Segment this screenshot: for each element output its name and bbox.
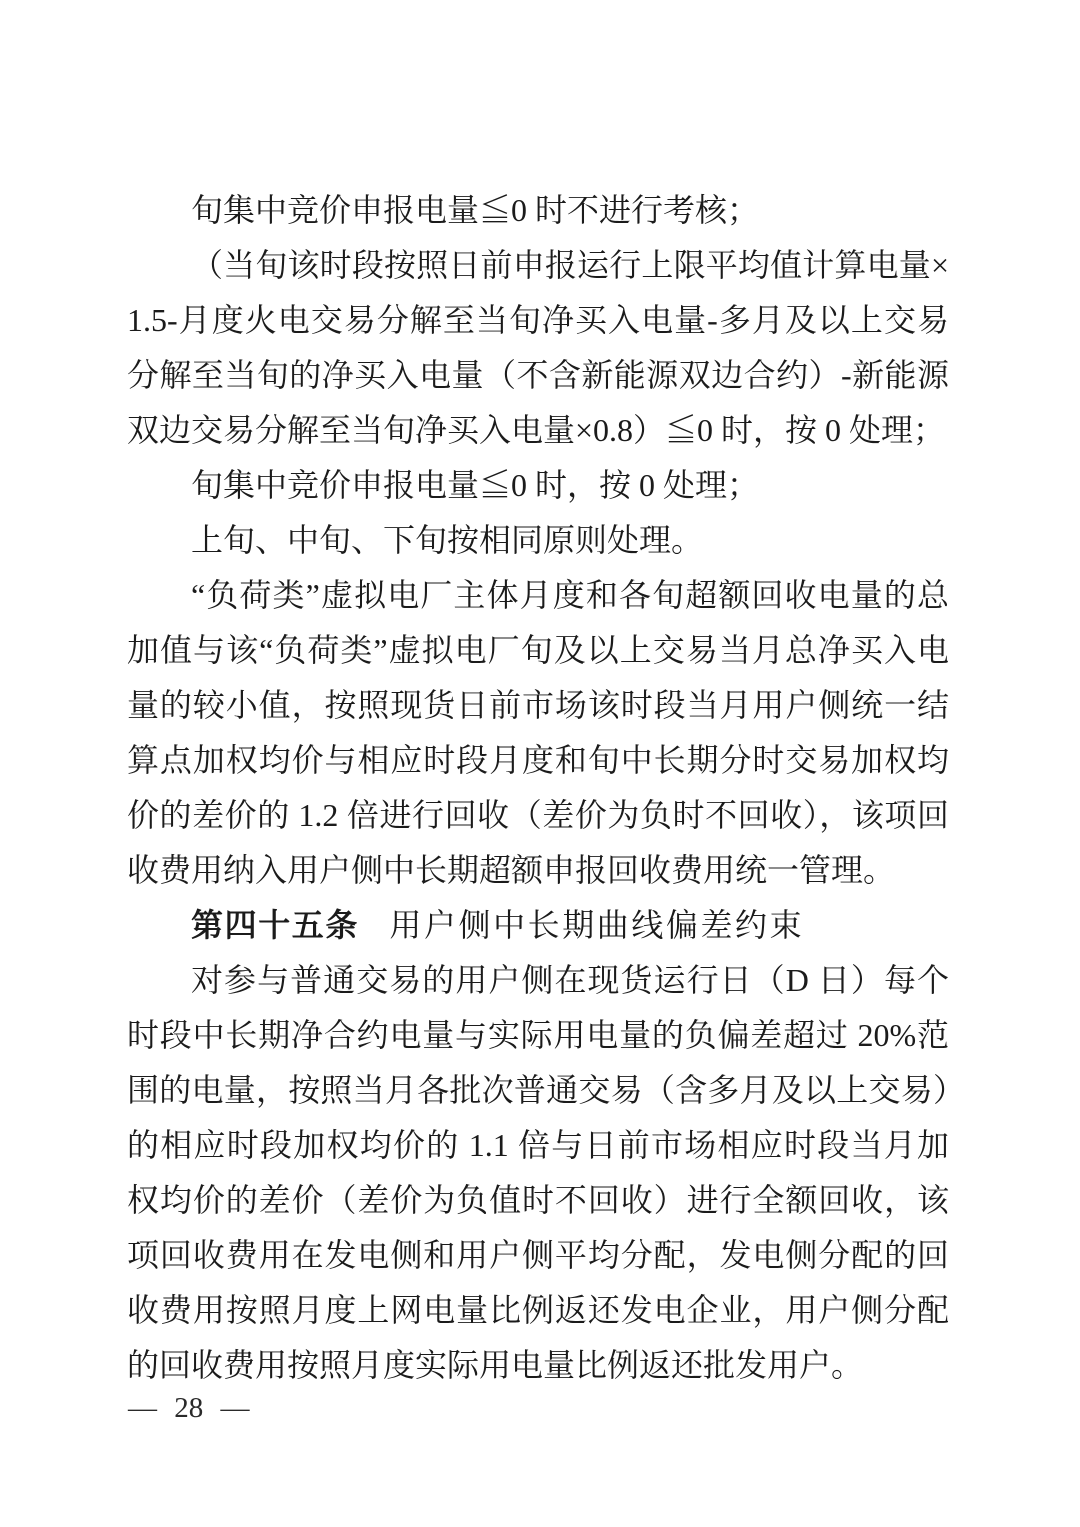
body-paragraph-7: 对参与普通交易的用户侧在现货运行日（D 日）每个时段中长期净合约电量与实际用电量… bbox=[127, 953, 949, 1393]
article-number: 第四十五条 bbox=[191, 907, 359, 943]
body-paragraph-5: “负荷类”虚拟电厂主体月度和各旬超额回收电量的总加值与该“负荷类”虚拟电厂旬及以… bbox=[127, 568, 949, 898]
document-page: 旬集中竞价申报电量≦0 时不进行考核；（当旬该时段按照日前申报运行上限平均值计算… bbox=[0, 0, 1080, 1527]
page-number: — 28 — bbox=[128, 1388, 250, 1428]
body-paragraph-2: （当旬该时段按照日前申报运行上限平均值计算电量×1.5-月度火电交易分解至当旬净… bbox=[127, 238, 949, 458]
article-heading: 第四十五条用户侧中长期曲线偏差约束 bbox=[127, 898, 949, 953]
body-paragraph-1: 旬集中竞价申报电量≦0 时不进行考核； bbox=[127, 183, 949, 238]
body-paragraph-3: 旬集中竞价申报电量≦0 时，按 0 处理； bbox=[127, 458, 949, 513]
body-paragraph-4: 上旬、中旬、下旬按相同原则处理。 bbox=[127, 513, 949, 568]
article-title: 用户侧中长期曲线偏差约束 bbox=[389, 907, 804, 943]
text-block: 旬集中竞价申报电量≦0 时不进行考核；（当旬该时段按照日前申报运行上限平均值计算… bbox=[127, 183, 949, 1393]
